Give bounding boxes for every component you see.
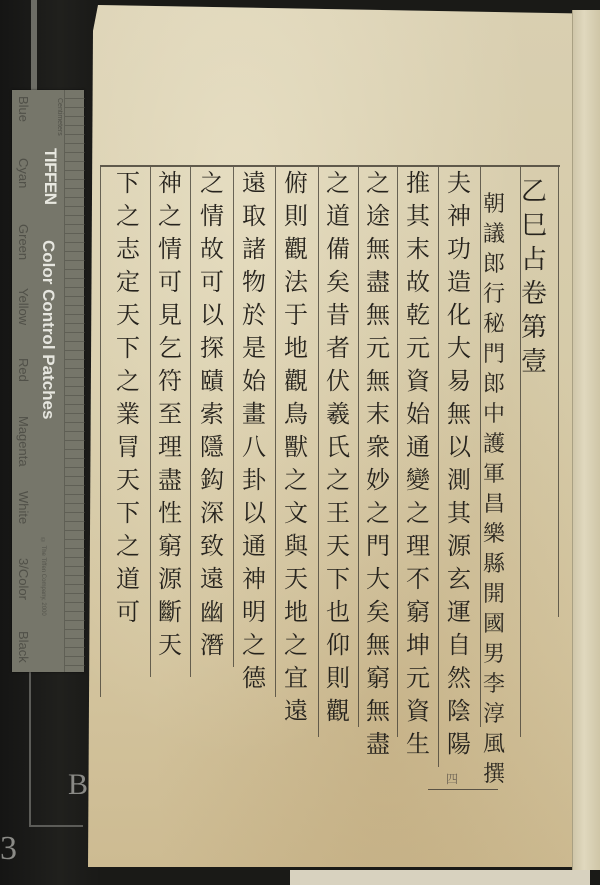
background-letter: B	[68, 768, 88, 802]
text-column-5: 俯則觀法于地觀鳥獸之文與天地之宜遠	[278, 167, 314, 728]
patch-label-red: Red	[16, 358, 31, 382]
patch-labels: Blue Cyan Green Yellow Red Magenta White…	[16, 96, 34, 666]
patch-label-green: Green	[16, 224, 31, 260]
patch-label-magenta: Magenta	[16, 416, 31, 467]
brand-logo: TIFFEN	[40, 148, 60, 205]
page-stack-edge	[572, 10, 600, 870]
strip-title: Color Control Patches	[38, 240, 58, 419]
text-column-2: 推其末故乾元資始通變之理不窮坤元資生	[400, 167, 436, 761]
column-rule	[190, 167, 191, 677]
patch-label-cyan: Cyan	[16, 158, 31, 188]
scan-clamp-rod	[31, 0, 37, 92]
color-control-strip: Centimeters TIFFEN Color Control Patches…	[12, 90, 84, 672]
column-rule	[233, 167, 234, 667]
centimeter-ruler	[64, 90, 85, 672]
patch-label-yellow: Yellow	[16, 288, 31, 325]
ruler-label: Centimeters	[56, 98, 63, 136]
text-column-6: 遠取諸物於是始畫八卦以通神明之德	[236, 167, 272, 695]
patch-label-black: Black	[16, 631, 31, 663]
text-column-1: 夫神功造化大易無以測其源玄運自然陰陽	[441, 167, 477, 761]
column-rule	[318, 167, 319, 737]
text-column-9: 下之志定天下之業冐天下之道可	[110, 167, 146, 629]
footer-mark: 四	[446, 770, 458, 787]
underlying-page	[290, 870, 590, 885]
text-column-4: 之道備矣昔者伏羲氏之王天下也仰則觀	[320, 167, 356, 728]
author-line: 朝議郎行秘門郎中護軍昌樂縣開國男李淳風撰	[476, 190, 512, 790]
text-column-7: 之情故可以探賾索隱鈎深致遠幽潛	[194, 167, 230, 662]
text-column-8: 神之情可見乞符至理盡性窮源斷天	[152, 167, 188, 662]
text-column-3: 之途無盡無元無末衆妙之門大矣無窮無盡	[360, 167, 396, 761]
column-rule	[358, 167, 359, 727]
patch-label-blue: Blue	[16, 96, 31, 122]
patch-label-white: White	[16, 491, 31, 524]
column-rule	[100, 167, 101, 697]
copyright-text: © The Tiffen Company, 2000	[40, 538, 46, 616]
column-rule	[275, 167, 276, 697]
column-rule	[397, 167, 398, 737]
background-letter: 3	[0, 830, 17, 868]
patch-label-3color: 3/Color	[16, 558, 31, 600]
column-rule	[438, 167, 439, 767]
column-rule	[150, 167, 151, 677]
volume-title: 乙巳占卷第壹	[514, 175, 554, 379]
footer-rule	[428, 789, 498, 790]
column-rule	[558, 167, 559, 617]
